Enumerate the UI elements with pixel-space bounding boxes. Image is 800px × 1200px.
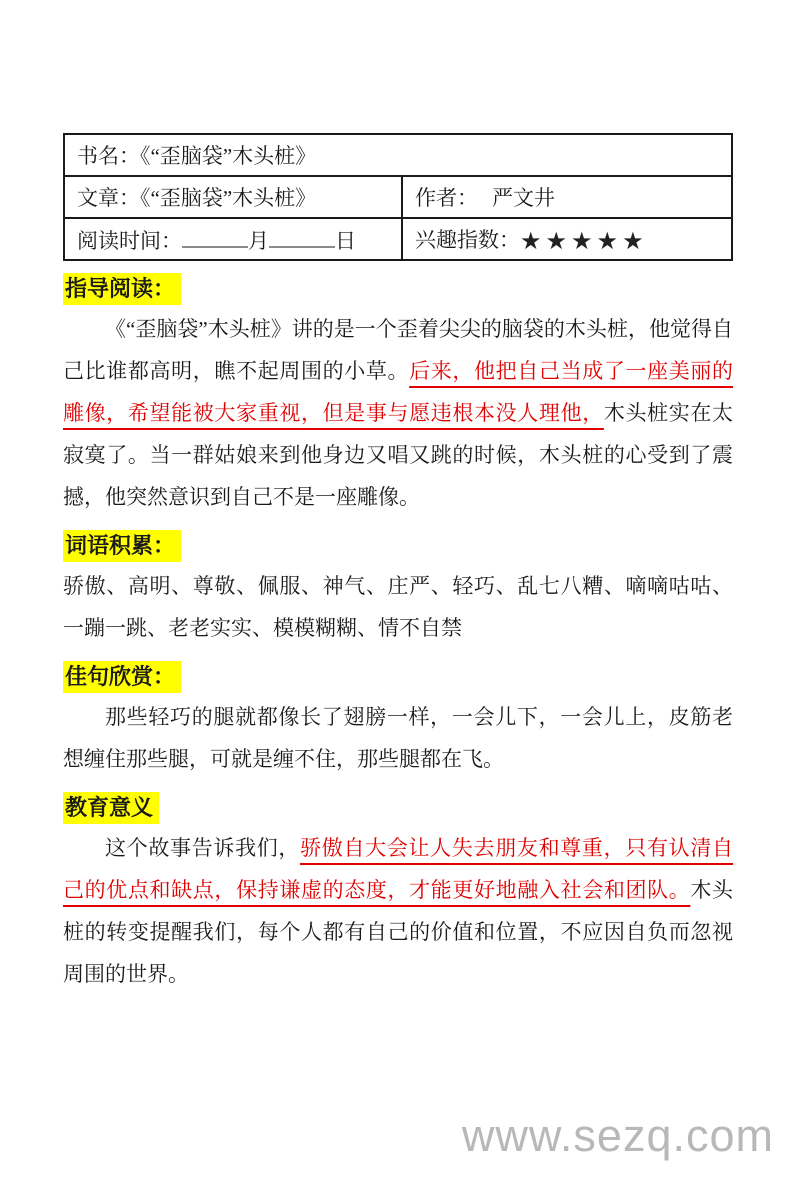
- article-value: 《“歪脑袋”木头桩》: [140, 186, 316, 210]
- day-blank-line: [269, 224, 335, 248]
- article-label: 文章：: [77, 186, 140, 210]
- section-sentence-appreciation: 佳句欣赏： 那些轻巧的腿就都像长了翅膀一样，一会儿下，一会儿上，皮筋老想缠住那些…: [63, 649, 733, 780]
- watermark: www.sezq.com: [462, 1110, 774, 1162]
- section-guided-reading: 指导阅读： 《“歪脑袋”木头桩》讲的是一个歪着尖尖的脑袋的木头桩，他觉得自己比谁…: [63, 261, 733, 518]
- table-row: 文章：《“歪脑袋”木头桩》 作者：严文井: [64, 176, 732, 218]
- author-cell: 作者：严文井: [402, 176, 732, 218]
- author-label: 作者：: [415, 186, 478, 210]
- month-blank-line: [182, 224, 248, 248]
- section-title-sentence-appreciation: 佳句欣赏：: [63, 661, 181, 693]
- book-info-table: 书名：《“歪脑袋”木头桩》 文章：《“歪脑袋”木头桩》 作者：严文井 阅读时间：…: [63, 133, 733, 261]
- book-name-label: 书名：: [77, 144, 140, 168]
- section-title-educational-meaning: 教育意义: [63, 792, 159, 824]
- book-name-cell: 书名：《“歪脑袋”木头桩》: [64, 134, 732, 176]
- article-cell: 文章：《“歪脑袋”木头桩》: [64, 176, 402, 218]
- month-suffix: 月: [248, 229, 269, 253]
- reading-note-page: 书名：《“歪脑袋”木头桩》 文章：《“歪脑袋”木头桩》 作者：严文井 阅读时间：…: [63, 133, 733, 995]
- star-rating: ★★★★★: [520, 227, 648, 255]
- reading-time-cell: 阅读时间：月日: [64, 218, 402, 260]
- sentence-paragraph: 那些轻巧的腿就都像长了翅膀一样，一会儿下，一会儿上，皮筋老想缠住那些腿，可就是缠…: [63, 696, 733, 780]
- educational-meaning-paragraph: 这个故事告诉我们，骄傲自大会让人失去朋友和尊重，只有认清自己的优点和缺点，保持谦…: [63, 827, 733, 995]
- interest-label: 兴趣指数：: [415, 228, 520, 252]
- guided-reading-paragraph: 《“歪脑袋”木头桩》讲的是一个歪着尖尖的脑袋的木头桩，他觉得自己比谁都高明，瞧不…: [63, 308, 733, 518]
- day-suffix: 日: [335, 229, 356, 253]
- table-row: 阅读时间：月日 兴趣指数：★★★★★: [64, 218, 732, 260]
- author-value: 严文井: [492, 186, 555, 210]
- section-educational-meaning: 教育意义 这个故事告诉我们，骄傲自大会让人失去朋友和尊重，只有认清自己的优点和缺…: [63, 780, 733, 995]
- section-title-word-accumulation: 词语积累：: [63, 530, 181, 562]
- table-row: 书名：《“歪脑袋”木头桩》: [64, 134, 732, 176]
- interest-cell: 兴趣指数：★★★★★: [402, 218, 732, 260]
- reading-time-label: 阅读时间：: [77, 229, 182, 253]
- meaning-text-black-1: 这个故事告诉我们，: [105, 836, 300, 860]
- section-word-accumulation: 词语积累： 骄傲、高明、尊敬、佩服、神气、庄严、轻巧、乱七八糟、嘀嘀咕咕、一蹦一…: [63, 518, 733, 649]
- book-name-value: 《“歪脑袋”木头桩》: [140, 144, 316, 168]
- word-list: 骄傲、高明、尊敬、佩服、神气、庄严、轻巧、乱七八糟、嘀嘀咕咕、一蹦一跳、老老实实…: [63, 565, 733, 649]
- section-title-guided-reading: 指导阅读：: [63, 273, 181, 305]
